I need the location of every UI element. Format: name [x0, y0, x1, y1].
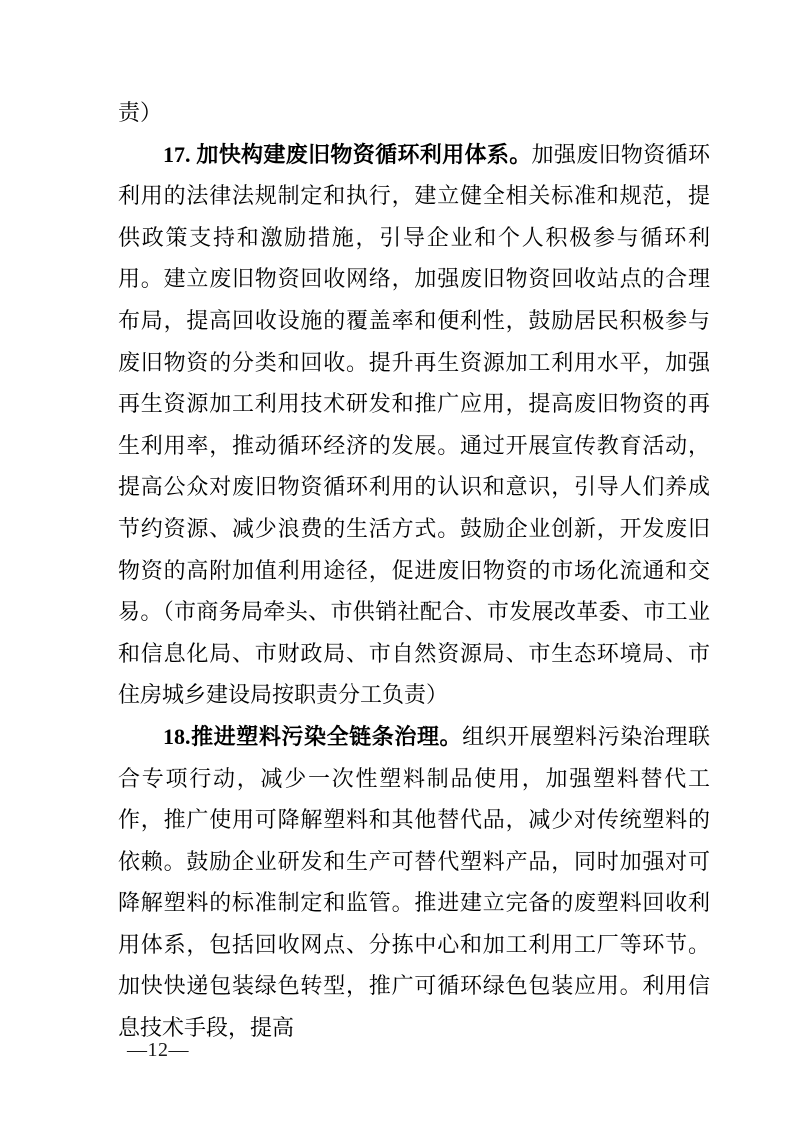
- paragraph-18-heading: 18.推进塑料污染全链条治理。: [163, 724, 462, 749]
- continuation-text: 责）: [118, 100, 162, 125]
- paragraph-18-body: 组织开展塑料污染治理联合专项行动，减少一次性塑料制品使用，加强塑料替代工作，推广…: [118, 724, 710, 1040]
- paragraph-17-body: 加强废旧物资循环利用的法律法规制定和执行，建立健全相关标准和规范，提供政策支持和…: [118, 142, 710, 625]
- document-page: 责） 17. 加快构建废旧物资循环利用体系。加强废旧物资循环利用的法律法规制定和…: [0, 0, 793, 1122]
- paragraph-17-heading: 17. 加快构建废旧物资循环利用体系。: [163, 142, 532, 167]
- document-body: 责） 17. 加快构建废旧物资循环利用体系。加强废旧物资循环利用的法律法规制定和…: [118, 92, 710, 1049]
- paragraph-18: 18.推进塑料污染全链条治理。组织开展塑料污染治理联合专项行动，减少一次性塑料制…: [118, 716, 710, 1049]
- paragraph-continuation: 责）: [118, 92, 710, 134]
- paragraph-17: 17. 加快构建废旧物资循环利用体系。加强废旧物资循环利用的法律法规制定和执行，…: [118, 134, 710, 716]
- paragraph-17-attribution: （市商务局牵头、市供销社配合、市发展改革委、市工业和信息化局、市财政局、市自然资…: [118, 599, 710, 707]
- page-number: —12—: [127, 1036, 189, 1064]
